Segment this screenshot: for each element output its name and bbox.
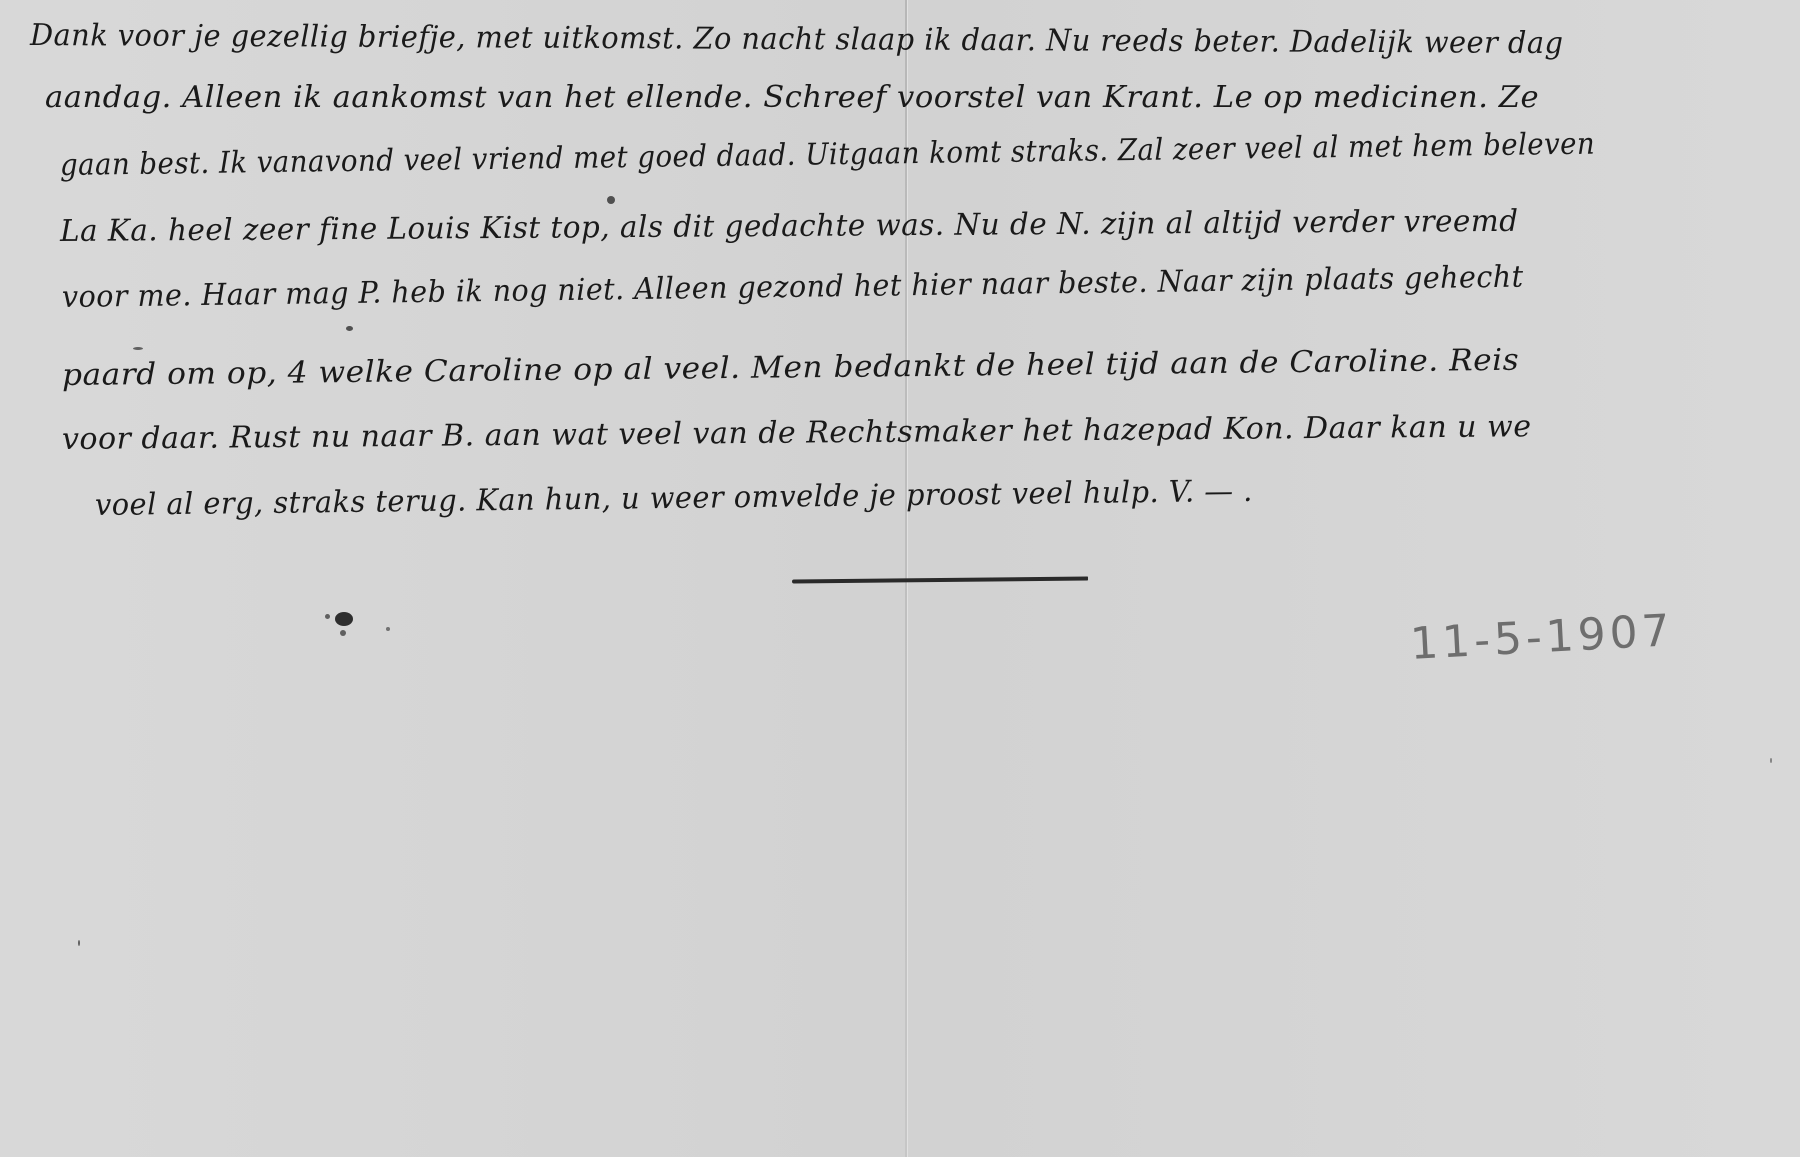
closing-rule <box>792 576 1088 583</box>
ink-speck <box>346 326 353 331</box>
ink-speck <box>607 196 615 204</box>
letter-line-2: aandag. Alleen ik aankomst van het ellen… <box>45 80 1539 115</box>
letter-page: Dank voor je gezellig briefje, met uitko… <box>0 0 1800 1157</box>
ink-speck <box>386 627 390 631</box>
pencil-date: 11-5-1907 <box>1409 605 1675 670</box>
ink-speck <box>335 612 353 626</box>
letter-line-6: paard om op, 4 welke Caroline op al veel… <box>62 343 1520 393</box>
letter-line-7: voor daar. Rust nu naar B. aan wat veel … <box>62 409 1532 457</box>
letter-line-5: voor me. Haar mag P. heb ik nog niet. Al… <box>62 260 1524 315</box>
ink-speck <box>325 614 330 619</box>
ink-speck <box>133 347 143 350</box>
letter-line-4: La Ka. heel zeer fine Louis Kist top, al… <box>60 204 1519 249</box>
ink-speck <box>78 940 80 946</box>
letter-line-8: voel al erg, straks terug. Kan hun, u we… <box>95 474 1253 523</box>
ink-speck <box>1770 758 1772 763</box>
letter-line-1: Dank voor je gezellig briefje, met uitko… <box>30 18 1564 61</box>
letter-line-3: gaan best. Ik vanavond veel vriend met g… <box>60 127 1596 183</box>
ink-speck <box>340 630 346 636</box>
